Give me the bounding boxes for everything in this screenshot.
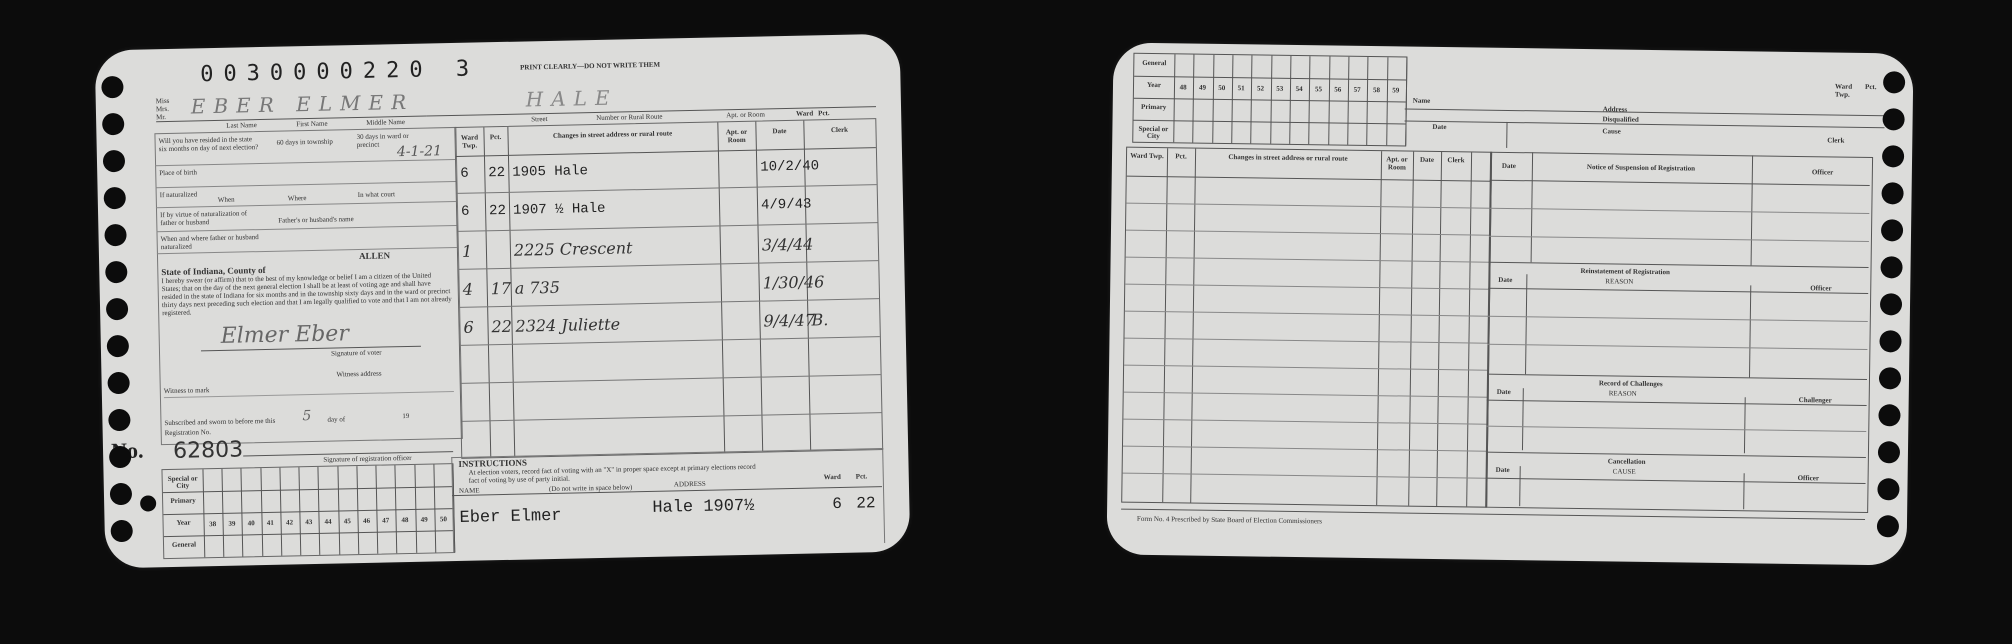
naturalized-court-label: In what court xyxy=(358,190,395,199)
table-cell-ward: 6 xyxy=(460,166,469,182)
table-cell-address: 2324 Juliette xyxy=(515,315,620,336)
punch-hole xyxy=(104,224,126,246)
registration-card-back: GeneralYearPrimarySpecial or City4849505… xyxy=(1106,42,1913,565)
father-name-label: Father's or husband's name xyxy=(278,215,354,225)
punch-hole xyxy=(107,335,129,357)
serial-number: 0030000220 3 xyxy=(200,56,479,87)
back-table-header: Pct. xyxy=(1169,152,1193,160)
grid-year: 58 xyxy=(1373,86,1380,94)
middle-name-label: Middle Name xyxy=(366,118,405,127)
voter-signature: Elmer Eber xyxy=(220,321,349,349)
table-cell-address: 1905 Hale xyxy=(512,163,588,181)
punch-holes-left xyxy=(95,34,900,51)
table-cell-date: 1/30/46 xyxy=(762,272,824,292)
back-table-header: Ward Twp. xyxy=(1129,152,1165,161)
grid-year: 38 xyxy=(209,520,216,528)
punch-hole xyxy=(110,483,132,505)
table-cell-pct: 22 xyxy=(491,317,512,336)
cancellation-cause-label: CAUSE xyxy=(1613,467,1636,475)
residence-state-question: Will you have resided in the state six m… xyxy=(158,135,258,153)
table-cell-ward: 6 xyxy=(461,204,470,220)
back-name-label: Name xyxy=(1413,97,1431,105)
table-cell-ward: 1 xyxy=(462,242,473,261)
last-name-label: Last Name xyxy=(226,121,257,130)
grid-year: 59 xyxy=(1392,86,1399,94)
subscribed-day: 5 xyxy=(302,408,311,424)
suspension-officer-label: Officer xyxy=(1812,168,1833,176)
grid-year: 39 xyxy=(228,520,235,528)
cancellation-date-label: Date xyxy=(1496,466,1510,474)
address-change-table: Ward Twp.Pct.Changes in street address o… xyxy=(454,118,883,459)
grid-year: 53 xyxy=(1276,85,1283,93)
punch-hole xyxy=(106,298,128,320)
table-cell-date: 10/2/40 xyxy=(760,158,819,175)
disqualified-clerk-label: Clerk xyxy=(1827,136,1844,144)
grid-year: 48 xyxy=(1180,83,1187,91)
day-of-label: day of xyxy=(327,415,345,423)
disqualified-cause-label: Cause xyxy=(1602,127,1620,135)
table-header: Clerk xyxy=(805,125,873,134)
registration-number-label: Registration No. xyxy=(165,428,211,437)
stub-voter-name: Eber Elmer xyxy=(459,507,561,528)
grid-year: 47 xyxy=(382,516,389,524)
registration-number: 62803 xyxy=(173,437,244,463)
suspension-date-label: Date xyxy=(1502,162,1516,170)
naturalized-label: If naturalized xyxy=(160,190,198,199)
punch-hole xyxy=(109,446,131,468)
grid-row-label: Year xyxy=(1136,82,1172,90)
street-handwritten: HALE xyxy=(526,86,618,112)
table-cell-pct: 17 xyxy=(491,279,512,298)
father-naturalized-label: When and where father or husband natural… xyxy=(161,233,271,251)
grid-year: 49 xyxy=(421,516,428,524)
table-row xyxy=(461,375,882,422)
grid-row-label: Special or City xyxy=(1135,126,1171,141)
signature-label: Signature of voter xyxy=(331,349,382,358)
table-cell-date: 3/4/44 xyxy=(762,234,814,254)
punch-hole xyxy=(140,495,156,511)
witness-address-label: Witness address xyxy=(336,370,381,379)
witness-label: Witness to mark xyxy=(164,386,210,395)
back-ward-label: Ward Twp. xyxy=(1835,83,1857,99)
back-table-header: Clerk xyxy=(1443,156,1469,164)
punch-hole xyxy=(1879,367,1901,389)
punch-hole xyxy=(1880,293,1902,315)
punch-hole xyxy=(111,520,133,542)
table-header: Apt. or Room xyxy=(719,128,753,145)
grid-year: 44 xyxy=(325,518,332,526)
punch-hole xyxy=(104,187,126,209)
grid-row-label: General xyxy=(1136,60,1172,68)
back-table-header: Date xyxy=(1415,156,1439,164)
punch-hole xyxy=(1883,71,1905,93)
punch-hole xyxy=(1881,182,1903,204)
punch-hole xyxy=(107,372,129,394)
back-voting-record-grid: GeneralYearPrimarySpecial or City4849505… xyxy=(1132,53,1407,147)
table-cell-pct: 22 xyxy=(488,165,505,181)
registration-card-front: 0030000220 3 PRINT CLEARLY—DO NOT WRITE … xyxy=(95,34,911,569)
apt-label: Apt. or Room xyxy=(726,110,765,119)
year-label: 19 xyxy=(402,412,409,420)
grid-year: 40 xyxy=(248,519,255,527)
ward-label: Ward xyxy=(796,109,813,117)
street-label: Street xyxy=(531,115,547,123)
grid-row-label: Primary xyxy=(165,497,201,505)
table-cell-address: a 735 xyxy=(515,278,561,298)
pct-label: Pct. xyxy=(818,109,830,117)
header-note: PRINT CLEARLY—DO NOT WRITE THEM xyxy=(520,61,660,72)
challenges-title: Record of Challenges xyxy=(1599,379,1663,388)
back-table-header: Apt. or Room xyxy=(1383,155,1411,171)
salutation-labels: MissMrs.Mr. xyxy=(156,97,170,121)
grid-year: 54 xyxy=(1296,85,1303,93)
grid-year: 51 xyxy=(1238,84,1245,92)
punch-hole xyxy=(1882,145,1904,167)
grid-year: 50 xyxy=(440,515,447,523)
punch-hole xyxy=(1878,404,1900,426)
naturalized-where-label: Where xyxy=(288,194,307,202)
disqualified-date-label: Date xyxy=(1432,123,1446,131)
table-cell-address: 2225 Crescent xyxy=(514,238,633,259)
punch-hole xyxy=(102,113,124,135)
table-cell-ward: 4 xyxy=(463,280,474,299)
table-cell-address: 1907 ½ Hale xyxy=(513,201,606,219)
table-header: Ward Twp. xyxy=(457,133,481,149)
grid-row-label: Special or City xyxy=(165,475,201,490)
status-panels xyxy=(1485,152,1873,513)
stub-ward: 6 xyxy=(832,495,842,513)
stub-ward-label: Ward xyxy=(824,473,841,481)
suspension-title: Notice of Suspension of Registration xyxy=(1587,163,1695,173)
reinstatement-reason-label: REASON xyxy=(1605,277,1633,285)
punch-hole xyxy=(1877,515,1899,537)
grid-year: 48 xyxy=(401,516,408,524)
punch-hole xyxy=(1878,441,1900,463)
table-cell-date: 9/4/47 xyxy=(763,310,815,330)
grid-year: 41 xyxy=(267,519,274,527)
residence-date-handwritten: 4-1-21 xyxy=(397,143,442,160)
punch-hole xyxy=(1881,219,1903,241)
back-address-change-table: Ward Twp.Pct.Changes in street address o… xyxy=(1121,147,1492,508)
stub-address-label: ADDRESS xyxy=(674,480,706,489)
punch-hole xyxy=(1882,108,1904,130)
table-cell-ward: 6 xyxy=(463,318,474,337)
punch-hole xyxy=(103,150,125,172)
grid-row-label: Year xyxy=(166,519,202,527)
grid-year: 55 xyxy=(1315,85,1322,93)
grid-year: 57 xyxy=(1354,86,1361,94)
table-cell-date: 4/9/43 xyxy=(761,197,812,214)
number-label: Number or Rural Route xyxy=(596,113,662,122)
challenges-date-label: Date xyxy=(1497,388,1511,396)
grid-year: 42 xyxy=(286,518,293,526)
reinstatement-officer-label: Officer xyxy=(1810,284,1831,292)
punch-hole xyxy=(108,409,130,431)
first-name-label: First Name xyxy=(296,120,327,129)
punch-hole xyxy=(1880,256,1902,278)
grid-row-label: Primary xyxy=(1136,104,1172,112)
table-header: Changes in street address or rural route xyxy=(509,129,715,141)
table-header: Pct. xyxy=(485,133,505,141)
grid-year: 50 xyxy=(1218,84,1225,92)
grid-year: 46 xyxy=(363,517,370,525)
county-name: ALLEN xyxy=(359,250,390,261)
table-cell-clerk: B. xyxy=(811,310,828,329)
grid-year: 56 xyxy=(1334,86,1341,94)
grid-year: 45 xyxy=(344,517,351,525)
punch-hole xyxy=(101,76,123,98)
stub-pct: 22 xyxy=(856,494,876,512)
form-footer: Form No. 4 Prescribed by State Board of … xyxy=(1137,515,1322,526)
birthplace-label: Place of birth xyxy=(159,168,197,177)
table-header: Date xyxy=(757,127,801,136)
grid-year: 52 xyxy=(1257,84,1264,92)
residence-township-question: 60 days in township xyxy=(277,137,337,146)
table-cell-pct: 22 xyxy=(489,203,506,219)
challenges-reason-label: REASON xyxy=(1609,389,1637,397)
back-pct-label: Pct. xyxy=(1865,83,1877,91)
naturalized-when-label: When xyxy=(218,196,235,204)
stub-pct-label: Pct. xyxy=(856,472,868,480)
grid-year: 43 xyxy=(305,518,312,526)
stub-address: Hale 1907½ xyxy=(652,497,754,518)
voting-record-grid: Special or CityPrimaryYearGeneral3839404… xyxy=(161,463,455,559)
punch-hole xyxy=(1877,478,1899,500)
back-table-header: Changes in street address or rural route xyxy=(1197,153,1379,164)
punch-hole xyxy=(1879,330,1901,352)
reinstatement-title: Reinstatement of Registration xyxy=(1580,267,1670,276)
grid-row-label: General xyxy=(166,541,202,549)
grid-year: 49 xyxy=(1199,84,1206,92)
voter-name-handwritten: EBER ELMER xyxy=(191,90,415,119)
oath-text: I hereby swear (or affirm) that to the b… xyxy=(161,271,452,317)
cancellation-title: Cancellation xyxy=(1608,457,1646,466)
officer-signature-label: Signature of registration officer xyxy=(323,454,411,464)
reinstatement-date-label: Date xyxy=(1498,276,1512,284)
virtue-label: If by virtue of naturalization of father… xyxy=(160,209,260,227)
punch-hole xyxy=(105,261,127,283)
